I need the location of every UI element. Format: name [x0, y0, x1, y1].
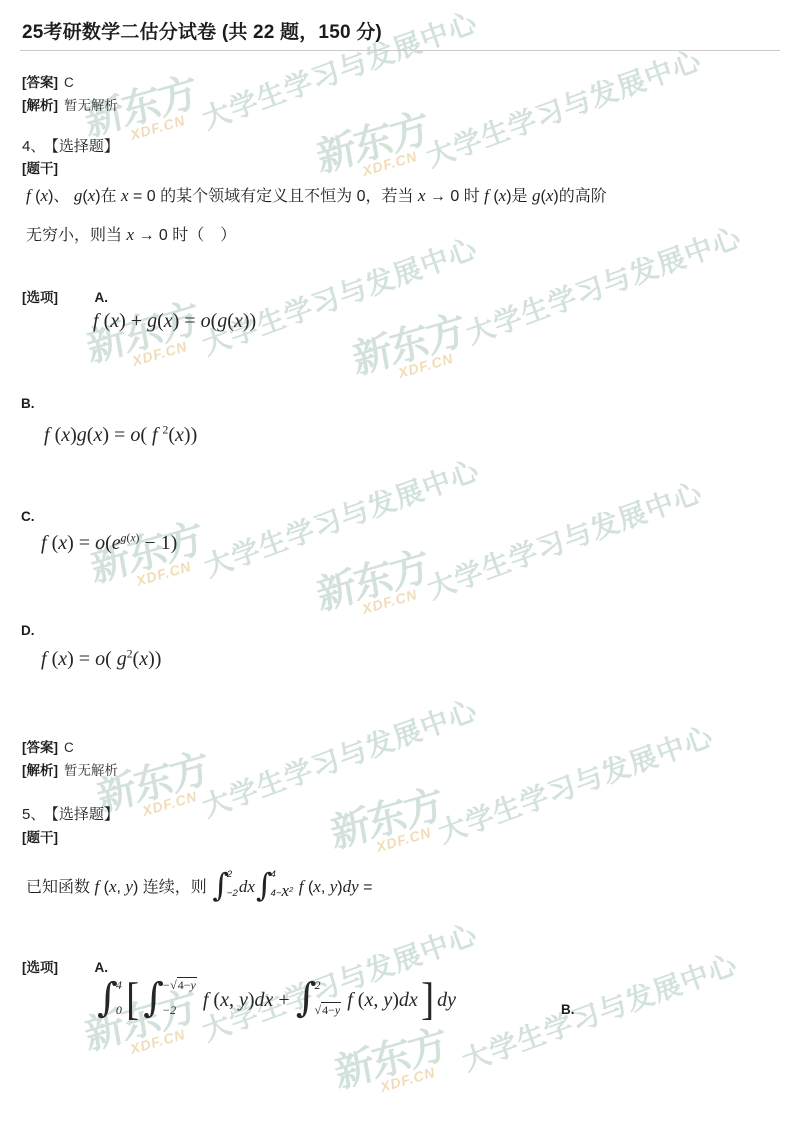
question4-stem-line1: f (x)、 g(x)在 x = 0 的某个领域有定义且不恒为 0，若当 x →… — [26, 183, 607, 206]
question5-header: 5、【选择题】 — [22, 803, 119, 824]
question5-stem-label: [题干] — [22, 826, 58, 846]
answer-label: [答案] — [22, 740, 58, 755]
option-c-label: C. — [21, 509, 35, 524]
question4-stem-label: [题干] — [22, 157, 58, 177]
question4-number: 4、 — [22, 138, 45, 155]
option-d-label: D. — [21, 623, 35, 638]
answer-value: C — [64, 75, 74, 90]
option-a-formula: f (x) + g(x) = o(g(x)) — [93, 310, 256, 333]
exam-document-page: 新东方XDF.CN 新东方XDF.CN 新东方XDF.CN 新东方XDF.CN … — [0, 0, 800, 1131]
answer-label: [答案] — [22, 75, 58, 90]
analysis-label: [解析] — [22, 98, 58, 113]
question4-options-header: [选项] A. — [22, 286, 108, 307]
question4-type: 【选择题】 — [51, 138, 119, 155]
analysis-value: 暂无解析 — [64, 98, 118, 113]
question5-type: 【选择题】 — [51, 806, 119, 823]
option-c-formula: f (x) = o(eg(x) − 1) — [41, 532, 177, 555]
question5-stem: 已知函数 f (x, y) 连续，则 ∫2−2dx∫44−x2 f (x, y)… — [26, 872, 372, 904]
option-a-label: A. — [94, 290, 108, 305]
options-label: [选项] — [22, 960, 58, 975]
exam-content: 25考研数学二估分试卷 (共 22 题，150 分) [答案]C [解析]暂无解… — [0, 0, 800, 1131]
option-b-label: B. — [21, 396, 35, 411]
analysis-line: [解析]暂无解析 — [22, 759, 118, 780]
option-b-formula: f (x)g(x) = o( f 2(x)) — [44, 424, 197, 447]
options-label: [选项] — [22, 290, 58, 305]
question4-header: 4、【选择题】 — [22, 135, 119, 156]
question5-options-header: [选项] A. — [22, 956, 108, 977]
question5-option-a-formula: ∫40[∫−√4−y−2 f (x, y)dx + ∫2√4−y f (x, y… — [96, 980, 456, 1022]
question5-number: 5、 — [22, 806, 45, 823]
analysis-line: [解析]暂无解析 — [22, 94, 118, 115]
question4-stem-line2: 无穷小，则当 x → 0 时（ ） — [26, 222, 236, 245]
answer-line: [答案]C — [22, 736, 74, 757]
option-a-label: A. — [94, 960, 108, 975]
question5-option-b-label: B. — [561, 1002, 575, 1017]
answer-line: [答案]C — [22, 71, 74, 92]
title-divider — [20, 50, 780, 51]
page-title: 25考研数学二估分试卷 (共 22 题，150 分) — [22, 17, 382, 44]
analysis-value: 暂无解析 — [64, 763, 118, 778]
answer-value: C — [64, 740, 74, 755]
analysis-label: [解析] — [22, 763, 58, 778]
option-d-formula: f (x) = o( g2(x)) — [41, 648, 161, 671]
